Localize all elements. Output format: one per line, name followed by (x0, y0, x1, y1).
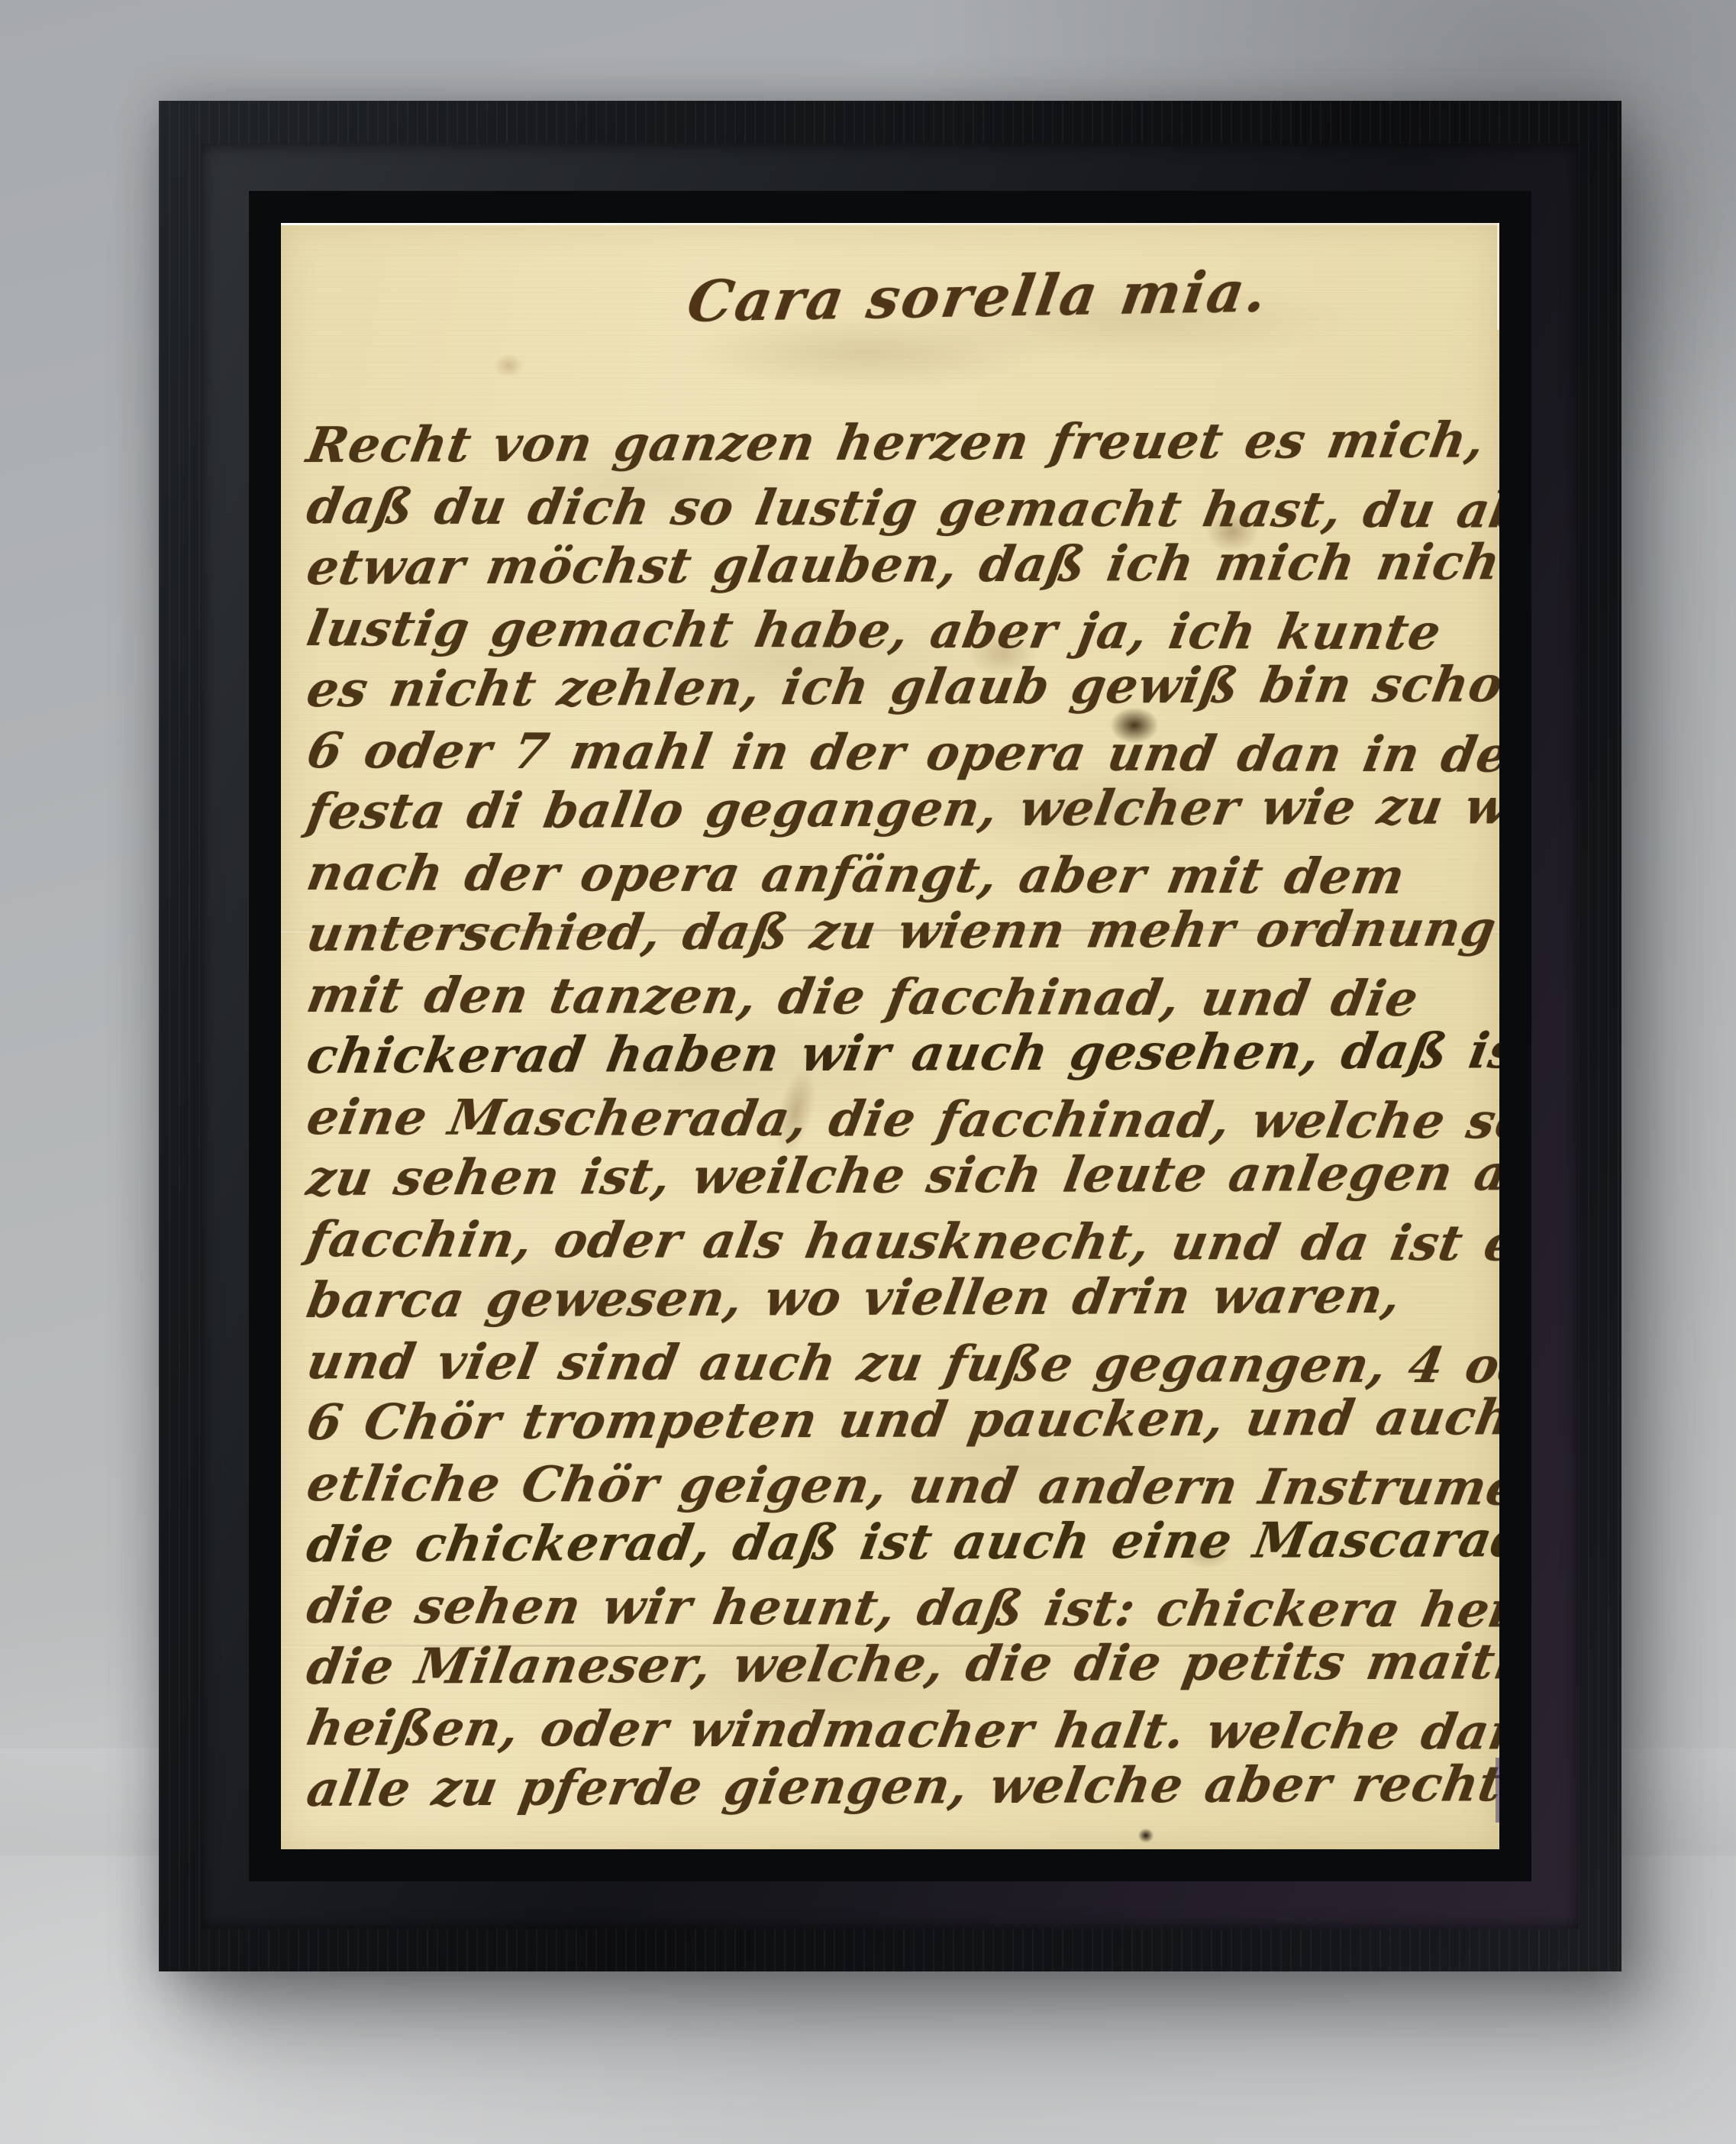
letter-line: die sehen wir heunt, daß ist: chickera h… (302, 1576, 1499, 1641)
photo-backdrop: Cara sorella mia. Recht von ganzen herze… (0, 0, 1736, 2144)
glass-edge-highlight (281, 223, 1499, 225)
letter-line: eine Mascherada, die facchinad, welche s… (302, 1087, 1499, 1152)
letter-salutation: Cara sorella mia. (281, 255, 1499, 342)
letter-line: Recht von ganzen herzen freuet es mich, (302, 410, 1499, 476)
letter-line: und viel sind auch zu fuße gegangen, 4 o… (302, 1332, 1499, 1397)
letter-line: festa di ballo gegangen, welcher wie zu … (302, 777, 1499, 843)
ink-stain (487, 349, 530, 383)
letter-line: 6 oder 7 mahl in der opera und dan in de… (302, 721, 1499, 786)
letter-line: daß du dich so lustig gemacht hast, du a… (302, 476, 1499, 541)
letter-line: alle zu pferde giengen, welche aber rech… (302, 1754, 1499, 1820)
letter-line: etliche Chör geigen, und andern Instrume… (302, 1454, 1499, 1519)
letter-line: chickerad haben wir auch gesehen, daß is… (302, 1021, 1499, 1087)
letter-line: die Milaneser, welche, die die petits ma… (302, 1632, 1499, 1698)
letter-line: unterschied, daß zu wienn mehr ordnung i… (302, 899, 1499, 965)
letter-line: 6 Chör trompeten und paucken, und auch (302, 1387, 1499, 1454)
letter-line: nach der opera anfängt, aber mit dem (302, 843, 1499, 908)
letter-line: die chickerad, daß ist auch eine Mascara… (302, 1510, 1499, 1576)
letter-line: heißen, oder windmacher halt. welche dan… (302, 1698, 1499, 1763)
picture-frame: Cara sorella mia. Recht von ganzen herze… (159, 101, 1621, 1971)
letter-line: lustig gemacht habe, aber ja, ich kunte (302, 599, 1499, 664)
letter-paper: Cara sorella mia. Recht von ganzen herze… (281, 223, 1499, 1849)
glass-edge-highlight (1497, 223, 1499, 330)
ink-stain (1136, 1826, 1156, 1845)
letter-line: facchin, oder als hausknecht, und da ist… (302, 1209, 1499, 1274)
letter-line: barca gewesen, wo viellen drin waren, (302, 1265, 1499, 1332)
letter-line: etwar möchst glauben, daß ich mich nicht (302, 532, 1499, 599)
letter-body: Recht von ganzen herzen freuet es mich, … (302, 415, 1493, 1820)
letter-line: es nicht zehlen, ich glaub gewiß bin sch… (302, 654, 1499, 721)
glass-reflection-artifact (1496, 1758, 1499, 1823)
letter-line: mit den tanzen, die facchinad, und die (302, 965, 1499, 1030)
letter-line: zu sehen ist, weilche sich leute anlegen… (302, 1143, 1499, 1209)
